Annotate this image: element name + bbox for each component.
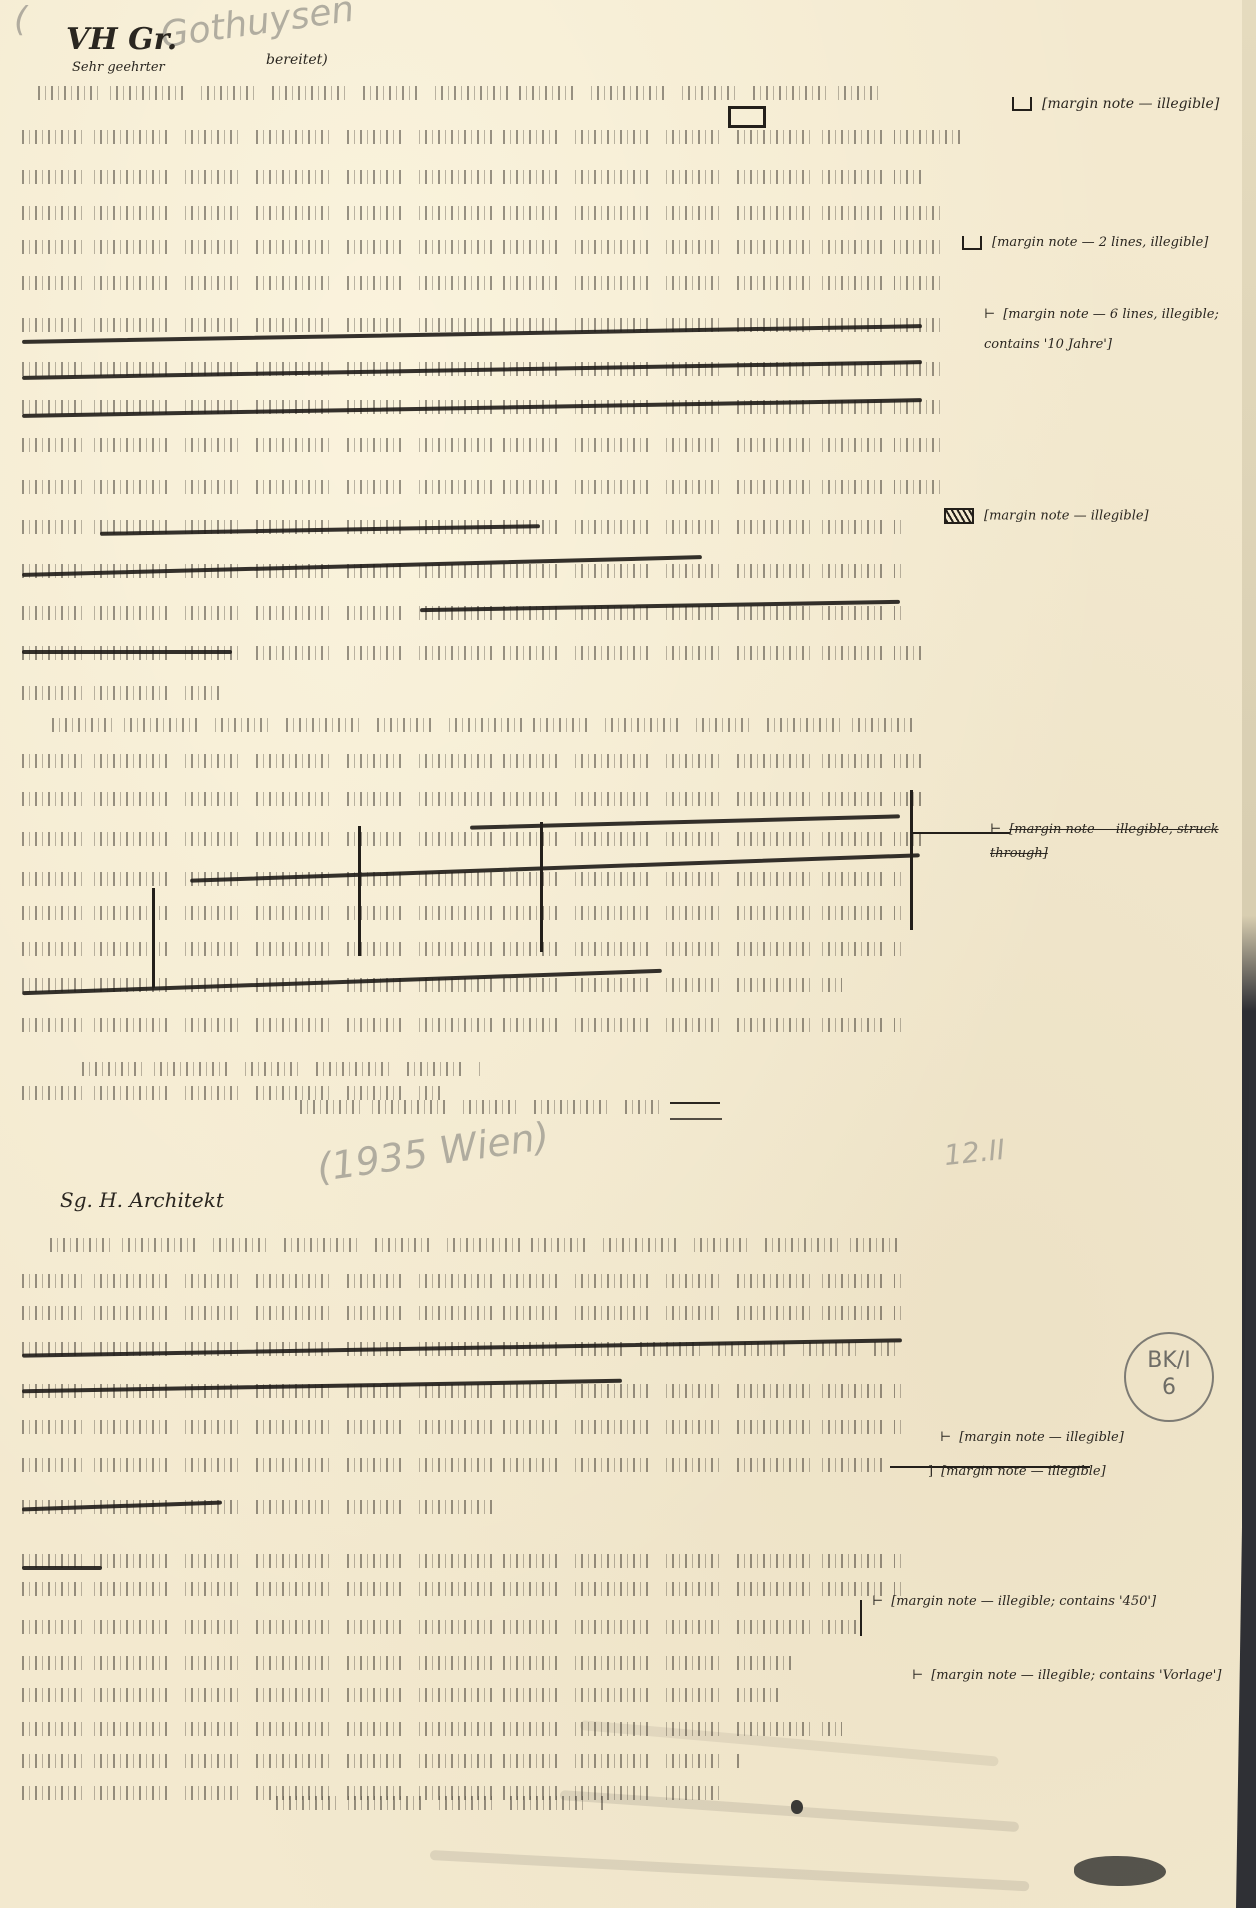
text-line: [illegible handwriting — line 12] (22, 1614, 862, 1640)
pencil-year-place: (1935 Wien) (314, 1114, 552, 1190)
text-line: [illegible handwriting — line 13] (22, 1650, 792, 1676)
text-line: [illegible handwriting — line 2] (22, 124, 962, 150)
pencil-name-note: Gothuysen (158, 0, 357, 56)
bracket-symbol-icon: ⊢ (940, 1430, 951, 1445)
bracket-line (152, 888, 155, 988)
bracket-line (910, 790, 913, 930)
text-line: [illegible handwriting — line 10] (22, 432, 942, 458)
hatched-box-symbol-icon (944, 508, 974, 524)
text-line: [illegible handwriting — line 16] (22, 1748, 742, 1774)
margin-note: ⊢[margin note — illegible; contains 'Vor… (912, 1668, 1232, 1683)
text-line: [illegible handwriting — line 25] (22, 1012, 902, 1038)
bracket-line (540, 822, 543, 952)
pencil-date: 12.II (942, 1133, 1006, 1172)
text-line: [illegible handwriting — line 6] (22, 270, 942, 296)
bracket-line (358, 826, 361, 956)
text-line: [illegible handwriting — line 26] (82, 1056, 482, 1082)
stamp-code: BK/I (1126, 1348, 1212, 1373)
margin-note: [margin note — illegible] (944, 508, 1149, 524)
divider (670, 1118, 722, 1120)
margin-note: [margin note — 2 lines, illegible] (962, 234, 1232, 252)
text-line: [illegible handwriting — line 19] (22, 786, 922, 812)
text-line: [illegible handwriting — line 1] (38, 80, 882, 106)
letter2-addressee: Sg. H. Architekt (60, 1188, 224, 1212)
text-line: [illegible handwriting — line 4] (22, 200, 942, 226)
bracket-symbol-icon: ⊢ (912, 1668, 923, 1683)
strikethrough (22, 1566, 102, 1570)
margin-note: ⊢[margin note — illegible; contains '450… (872, 1594, 1212, 1609)
stamp-number: 6 (1126, 1375, 1212, 1400)
text-line: [illegible handwriting — line 11] (22, 1576, 902, 1602)
text-line: [illegible handwriting — line 17] (52, 712, 912, 738)
bracket-line (860, 1600, 862, 1636)
text-line: [illegible handwriting — line 3] (22, 1300, 902, 1326)
boxed-word (728, 106, 766, 128)
margin-note: ⊢[margin note — illegible, struck throug… (990, 818, 1240, 866)
text-line: [illegible handwriting — line 7] (22, 1414, 902, 1440)
text-line: [illegible handwriting — line 16] (22, 680, 222, 706)
bracket-symbol-icon: ⊢ (872, 1594, 883, 1609)
closing-dash (670, 1102, 720, 1104)
text-line: [illegible handwriting — line 11] (22, 474, 942, 500)
margin-note: ⊢[margin note — 6 lines, illegible; cont… (984, 300, 1244, 360)
archive-stamp: BK/I 6 (1124, 1332, 1214, 1422)
text-line: [illegible handwriting — line 2] (22, 1268, 902, 1294)
open-box-symbol-icon (962, 236, 982, 250)
manuscript-page: ( Gothuysen (1935 Wien) 12.II BK/I 6 VH … (0, 0, 1256, 1908)
ink-blot (1074, 1856, 1166, 1886)
strikethrough (22, 650, 232, 654)
bracket-symbol-icon: ] (928, 1464, 933, 1479)
text-line: [illegible handwriting — line 15] (22, 1716, 842, 1742)
text-line: [illegible handwriting — line 1] (50, 1232, 900, 1258)
bleed-through (430, 1850, 1030, 1891)
insertion-above: bereitet) (266, 52, 328, 68)
text-line: [illegible handwriting — line 10] (22, 1548, 902, 1574)
closing-line: [illegible closing line] (276, 1790, 606, 1816)
open-box-symbol-icon (1012, 97, 1032, 111)
text-line: [illegible handwriting — line 18] (22, 748, 922, 774)
text-line: [illegible handwriting — line 3] (22, 164, 922, 190)
closing-line: [illegible closing line] (300, 1094, 660, 1120)
bracket-symbol-icon: ⊢ (984, 300, 995, 330)
text-line: [illegible handwriting — line 20] (22, 826, 922, 852)
margin-note: [margin note — illegible] (1012, 96, 1219, 112)
text-line: [illegible handwriting — line 5] (22, 234, 942, 260)
salutation-insert: Sehr geehrter (72, 60, 165, 75)
pencil-paren: ( (14, 0, 27, 40)
margin-note: ⊢[margin note — illegible] (940, 1430, 1124, 1445)
margin-note: ][margin note — illegible] (928, 1464, 1228, 1479)
text-line: [illegible handwriting — line 8] (22, 1452, 892, 1478)
bracket-symbol-icon: ⊢ (990, 818, 1001, 842)
ink-spot (791, 1800, 803, 1814)
letter-heading: VH Gr. (66, 22, 177, 57)
text-line: [illegible handwriting — line 14] (22, 1682, 782, 1708)
